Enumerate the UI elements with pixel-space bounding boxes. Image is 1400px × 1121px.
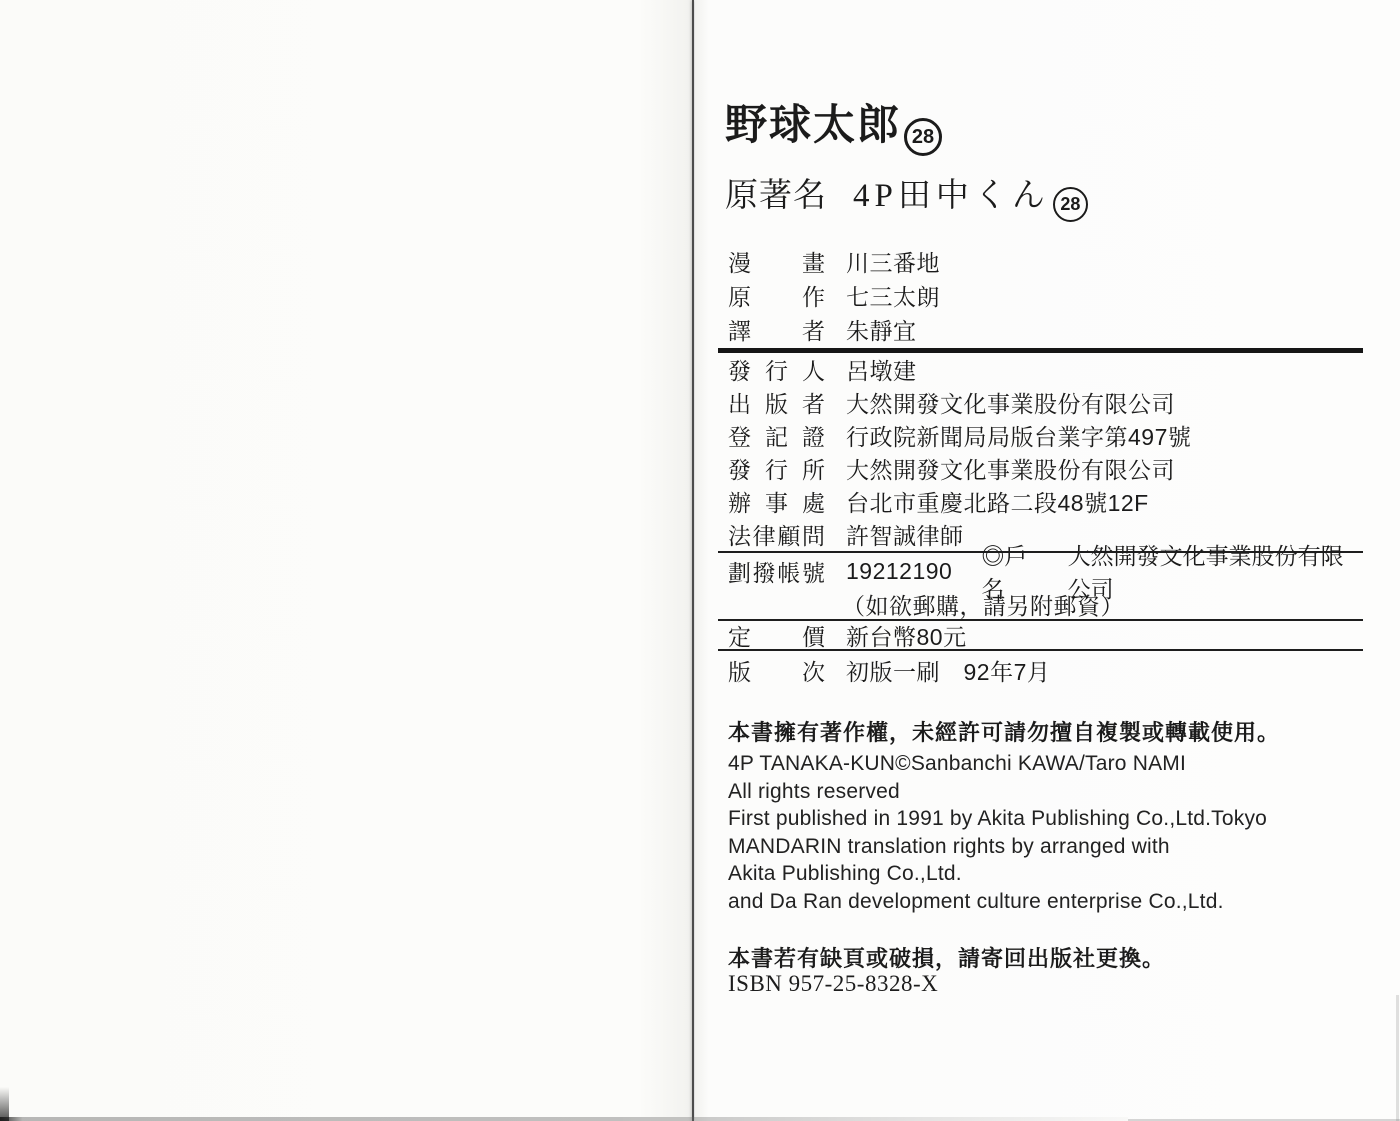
scan-bottom-edge-artifact bbox=[0, 1117, 1128, 1121]
colophon-page: 野球太郎28 原著名4P田中くん28 漫畫 川三番地 原作 七三太朗 譯者 朱靜… bbox=[695, 0, 1400, 1121]
mail-order-note: （如欲郵購，請另附郵資） bbox=[728, 588, 1124, 621]
row-label: 發行人 bbox=[728, 353, 825, 386]
row-value: 朱靜宜 bbox=[846, 313, 917, 346]
row-value: 台北市重慶北路二段48號12F bbox=[846, 485, 1149, 518]
page-fold-line bbox=[692, 0, 694, 1121]
scan-corner-artifact bbox=[0, 1087, 9, 1121]
copyright-line: 4P TANAKA-KUN©Sanbanchi KAWA/Taro NAMI bbox=[728, 750, 1368, 778]
table-row-registration: 登記證 行政院新聞局局版台業字第497號 bbox=[718, 419, 1363, 452]
row-value: 大然開發文化事業股份有限公司 bbox=[846, 452, 1175, 485]
original-title-line: 原著名4P田中くん28 bbox=[725, 174, 1365, 222]
row-label: 出版者 bbox=[728, 386, 825, 419]
copyright-line: All rights reserved bbox=[728, 778, 1368, 806]
return-notice: 本書若有缺頁或破損，請寄回出版社更換。 bbox=[728, 942, 1368, 973]
original-volume-badge: 28 bbox=[1053, 187, 1088, 222]
row-label: 劃撥帳號 bbox=[728, 555, 825, 588]
row-value: 呂墩建 bbox=[846, 353, 917, 386]
copyright-line: and Da Ran development culture enterpris… bbox=[728, 888, 1368, 916]
row-label: 發行所 bbox=[728, 452, 825, 485]
row-label: 登記證 bbox=[728, 419, 825, 452]
original-title-label: 原著名 bbox=[725, 178, 827, 214]
blank-left-page bbox=[0, 0, 693, 1121]
colophon-table: 漫畫 川三番地 原作 七三太朗 譯者 朱靜宜 發行人 呂墩建 出版者 大然開發文… bbox=[718, 244, 1363, 689]
account-number: 19212190 bbox=[846, 558, 952, 585]
copyright-line: First published in 1991 by Akita Publish… bbox=[728, 805, 1368, 833]
scan-right-edge-artifact bbox=[1396, 995, 1399, 1121]
row-value: 大然開發文化事業股份有限公司 bbox=[846, 386, 1175, 419]
table-row-distributor: 發行所 大然開發文化事業股份有限公司 bbox=[718, 452, 1363, 485]
row-label: 原作 bbox=[728, 279, 825, 312]
table-row-edition: 版次 初版一刷 92年7月 bbox=[718, 651, 1363, 689]
row-label: 定價 bbox=[728, 619, 825, 652]
row-label: 辦事處 bbox=[728, 485, 825, 518]
row-label: 法律顧問 bbox=[728, 518, 825, 551]
copyright-notice-zh: 本書擁有著作權，未經許可請勿擅自複製或轉載使用。 bbox=[728, 716, 1368, 747]
copyright-block-en: 4P TANAKA-KUN©Sanbanchi KAWA/Taro NAMI A… bbox=[728, 750, 1368, 915]
row-value: 行政院新聞局局版台業字第497號 bbox=[846, 419, 1191, 452]
original-title-name: 4P田中くん bbox=[853, 178, 1050, 214]
table-row-price: 定價 新台幣80元 bbox=[718, 621, 1363, 649]
table-row-author: 原作 七三太朗 bbox=[718, 278, 1363, 312]
copyright-line: Akita Publishing Co.,Ltd. bbox=[728, 860, 1368, 888]
row-value: 初版一刷 92年7月 bbox=[846, 654, 1050, 687]
table-row-artist: 漫畫 川三番地 bbox=[718, 244, 1363, 278]
table-row-postal-account: 劃撥帳號 19212190 ◎戶名 大然開發文化事業股份有限公司 bbox=[718, 553, 1363, 589]
table-row-translator: 譯者 朱靜宜 bbox=[718, 312, 1363, 346]
scanned-book-spread: 野球太郎28 原著名4P田中くん28 漫畫 川三番地 原作 七三太朗 譯者 朱靜… bbox=[0, 0, 1400, 1121]
table-row-publisher-company: 出版者 大然開發文化事業股份有限公司 bbox=[718, 386, 1363, 419]
row-label: 譯者 bbox=[728, 313, 825, 346]
row-label: 版次 bbox=[728, 654, 825, 687]
title-block: 野球太郎28 原著名4P田中くん28 bbox=[725, 98, 1365, 222]
row-value: 川三番地 bbox=[846, 245, 940, 278]
table-row-publisher-person: 發行人 呂墩建 bbox=[718, 353, 1363, 386]
book-title: 野球太郎28 bbox=[725, 98, 1365, 156]
copyright-line: MANDARIN translation rights by arranged … bbox=[728, 833, 1368, 861]
row-value: 新台幣80元 bbox=[846, 619, 967, 652]
row-value: 七三太朗 bbox=[846, 279, 940, 312]
row-label: 漫畫 bbox=[728, 245, 825, 278]
volume-number-badge: 28 bbox=[904, 118, 942, 156]
book-title-text: 野球太郎 bbox=[725, 101, 901, 148]
row-value: 許智誠律師 bbox=[846, 518, 964, 551]
table-row-office: 辦事處 台北市重慶北路二段48號12F bbox=[718, 485, 1363, 518]
isbn-number: ISBN 957-25-8328-X bbox=[728, 971, 938, 997]
